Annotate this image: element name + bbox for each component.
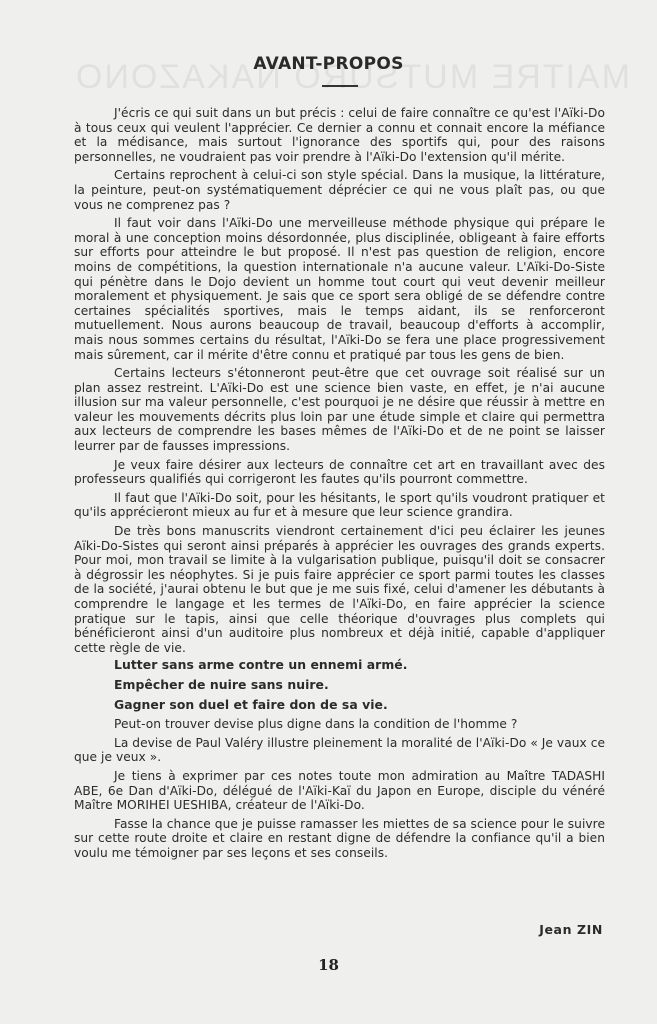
paragraph-6: Il faut que l'Aïki-Do soit, pour les hés…	[74, 491, 605, 520]
motto-line-3: Gagner son duel et faire don de sa vie.	[114, 698, 605, 713]
closing-paragraph-4: Fasse la chance que je puisse ramasser l…	[74, 817, 605, 861]
paragraph-1: J'écris ce qui suit dans un but précis :…	[74, 106, 605, 164]
closing-paragraph-3: Je tiens à exprimer par ces notes toute …	[74, 769, 605, 813]
page-title: AVANT-PROPOS	[0, 54, 657, 74]
closing-paragraph-2: La devise de Paul Valéry illustre pleine…	[74, 736, 605, 765]
page-number: 18	[0, 956, 657, 974]
closing-paragraph-1: Peut-on trouver devise plus digne dans l…	[74, 717, 605, 732]
author-signature: Jean ZIN	[539, 922, 603, 937]
title-underline	[322, 85, 358, 87]
motto-line-2: Empêcher de nuire sans nuire.	[114, 678, 605, 693]
paragraph-7: De très bons manuscrits viendront certai…	[74, 524, 605, 655]
motto-line-1: Lutter sans arme contre un ennemi armé.	[114, 658, 605, 673]
paragraph-5: Je veux faire désirer aux lecteurs de co…	[74, 458, 605, 487]
paragraph-4: Certains lecteurs s'étonneront peut-être…	[74, 366, 605, 454]
body-text: J'écris ce qui suit dans un but précis :…	[74, 106, 605, 865]
paragraph-2: Certains reprochent à celui-ci son style…	[74, 168, 605, 212]
paragraph-3: Il faut voir dans l'Aïki-Do une merveill…	[74, 216, 605, 362]
